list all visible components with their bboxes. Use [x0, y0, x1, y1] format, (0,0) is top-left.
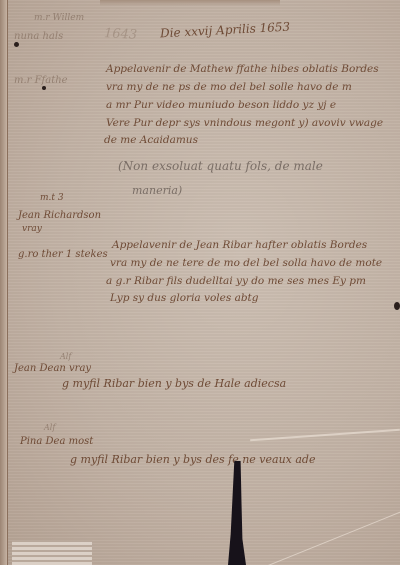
margin-note: Jean Dean vray — [14, 364, 91, 374]
entry-line: a mr Pur video muniudo beson liddo yz yj… — [106, 100, 336, 111]
entry-line: g myfil Ribar bien y bys de Hale adiecsa — [62, 378, 286, 389]
ink-blot — [42, 86, 46, 90]
worn-top-edge — [100, 0, 280, 6]
entry-line: a g.r Ribar fils dudelltai yy do me ses … — [106, 276, 366, 287]
margin-note: m.t 3 — [40, 194, 64, 203]
entry-line: g myfil Ribar bien y bys des fe ne veaux… — [70, 454, 316, 465]
paper-crease — [256, 510, 400, 565]
entry-line: Appelavenir de Jean Ribar hafter oblatis… — [112, 240, 367, 251]
margin-note: nuna hals — [14, 32, 63, 42]
ink-blot — [394, 302, 400, 310]
manuscript-page: 1643 Die xxvij Aprilis 1653 m.r Willem n… — [0, 0, 400, 565]
document-date: Die xxvij Aprilis 1653 — [160, 21, 291, 40]
entry-line: vra my de ne tere de mo del bel solla ha… — [110, 258, 382, 269]
paper-fold — [250, 429, 400, 441]
entry-line: Appelavenir de Mathew ffathe hibes oblat… — [106, 64, 379, 75]
margin-note: g.ro ther 1 stekes — [18, 250, 108, 260]
binding-margin-line — [7, 0, 8, 565]
superscript-mark: Alf — [44, 424, 55, 432]
annotation-line: maneria) — [132, 185, 182, 196]
entry-line: de me Acaidamus — [104, 135, 198, 146]
superscript-mark: Alf — [60, 353, 71, 361]
frayed-corner — [12, 540, 92, 565]
margin-note: vray — [22, 225, 42, 234]
entry-line: Vere Pur depr sys vnindous megont y) avo… — [106, 118, 383, 129]
ink-blot — [14, 42, 19, 47]
entry-line: vra my de ne ps de mo del bel solle havo… — [106, 82, 352, 93]
binding-spine — [0, 0, 7, 565]
annotation-line: (Non exsoluat quatu fols, de male — [118, 160, 323, 172]
margin-note: m.r Willem — [34, 14, 84, 23]
paper-tear — [228, 461, 246, 565]
margin-note: Jean Richardson — [18, 211, 101, 221]
margin-note: m.r Ffathe — [14, 76, 68, 86]
faint-number: 1643 — [104, 27, 138, 42]
margin-note: Pina Dea most — [20, 437, 93, 447]
entry-line: Lyp sy dus gloria voles abtg — [110, 293, 259, 304]
